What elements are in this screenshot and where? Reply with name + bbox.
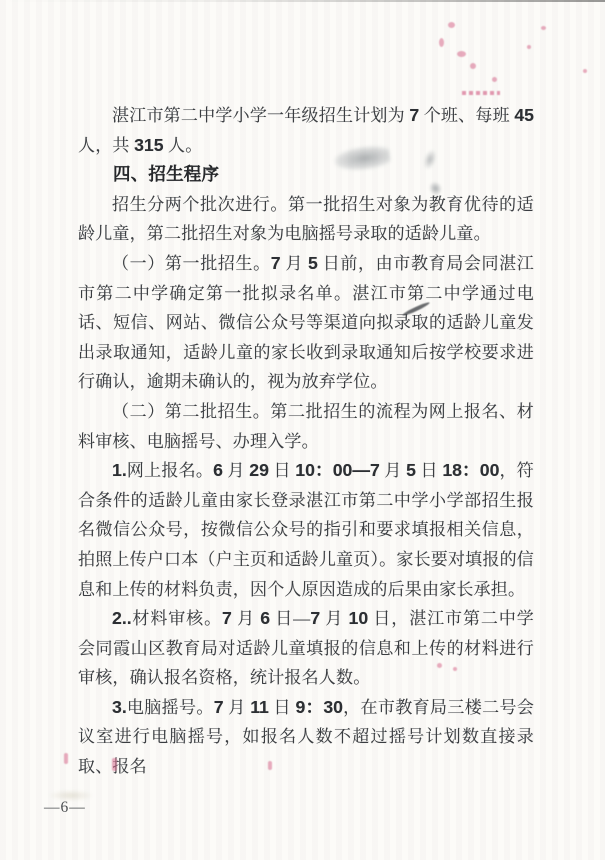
numeric-text: 7 (409, 105, 419, 125)
numeric-text: 10 (348, 608, 368, 628)
cjk-text: 电脑摇号。 (127, 698, 214, 717)
paragraph: （二）第二批招生。第二批招生的流程为网上报名、材料审核、电脑摇号、办理入学。 (78, 397, 534, 456)
stamp-speckle (470, 63, 476, 69)
cjk-text: 月 (223, 461, 249, 480)
stamp-speckle (448, 22, 455, 28)
cjk-text: 湛江市第二中学小学一年级招生计划为 (112, 106, 409, 125)
numeric-text: 7 (222, 608, 232, 628)
numeric-text: 5 (406, 460, 416, 480)
numeric-text: 5 (308, 253, 318, 273)
stamp-speckle (492, 77, 497, 82)
cjk-text: 招生分两个批次进行。第一批招生对象为教育优待的适龄儿童，第二批招生对象为电脑摇号… (78, 195, 534, 244)
scan-top-edge-shadow (0, 0, 605, 2)
paragraph: 2..材料审核。7 月 6 日—7 月 10 日，湛江市第二中学会同霞山区教育局… (78, 604, 534, 693)
cjk-text: 网上报名。 (127, 461, 213, 480)
cjk-text: 月 (232, 609, 260, 628)
cjk-text: 日前，由市教育局会同湛江市第二中学确定第一批拟录名单。湛江市第二中学通过电话、短… (78, 254, 534, 391)
cjk-text: 四、招生程序 (113, 164, 219, 184)
section-heading: 四、招生程序 (78, 160, 534, 190)
stamp-dashed-mark (462, 91, 500, 95)
cjk-text: 月 (224, 698, 251, 717)
numeric-text: 7 (310, 608, 320, 628)
stamp-speckle (527, 45, 531, 49)
stamp-speckle (64, 753, 68, 764)
paragraph: 招生分两个批次进行。第一批招生对象为教育优待的适龄儿童，第二批招生对象为电脑摇号… (78, 190, 534, 249)
cjk-text: （二）第二批招生。第二批招生的流程为网上报名、材料审核、电脑摇号、办理入学。 (78, 402, 534, 451)
cjk-text: 日 (269, 461, 295, 480)
numeric-text: 18：00 (442, 460, 499, 480)
numeric-text: 6 (213, 460, 223, 480)
cjk-text: 日 (269, 698, 296, 717)
paragraph: 1.网上报名。6 月 29 日 10：00—7 月 5 日 18：00，符合条件… (78, 456, 534, 604)
page-number: —6— (44, 799, 86, 817)
stamp-speckle (457, 51, 466, 57)
numeric-text: 315 (134, 135, 164, 155)
cjk-text: 人。 (164, 136, 203, 155)
numeric-text: 11 (250, 697, 269, 717)
numeric-text: 1. (112, 460, 127, 480)
cjk-text: 个班、每班 (419, 106, 514, 125)
numeric-text: 9：30 (296, 697, 344, 717)
cjk-text: 日— (270, 609, 310, 628)
paragraph: （一）第一批招生。7 月 5 日前，由市教育局会同湛江市第二中学确定第一批拟录名… (78, 249, 534, 397)
numeric-text: 7 (271, 253, 281, 273)
cjk-text: 材料审核。 (132, 609, 222, 628)
cjk-text: 月 (380, 461, 406, 480)
paragraph: 3.电脑摇号。7 月 11 日 9：30，在市教育局三楼二号会议室进行电脑摇号，… (78, 693, 534, 782)
cjk-text: 月 (281, 254, 308, 273)
paragraph: 湛江市第二中学小学一年级招生计划为 7 个班、每班 45 人，共 315 人。 (78, 101, 534, 160)
cjk-text: 月 (320, 609, 348, 628)
stamp-speckle (541, 26, 546, 30)
stamp-speckle (583, 69, 587, 73)
cjk-text: 日 (416, 461, 442, 480)
document-body: 湛江市第二中学小学一年级招生计划为 7 个班、每班 45 人，共 315 人。四… (78, 101, 534, 782)
numeric-text: 6 (260, 608, 270, 628)
numeric-text: 45 (514, 105, 534, 125)
stamp-speckle (439, 38, 444, 47)
numeric-text: 29 (249, 460, 269, 480)
numeric-text: 10：00—7 (295, 460, 380, 480)
numeric-text: 3. (112, 697, 127, 717)
numeric-text: 7 (214, 697, 224, 717)
numeric-text: 2.. (112, 608, 132, 628)
cjk-text: 人，共 (78, 136, 134, 155)
cjk-text: ，符合条件的适龄儿童由家长登录湛江市第二中学小学部招生报名微信公众号，按微信公众… (78, 461, 534, 598)
cjk-text: （一）第一批招生。 (112, 254, 271, 273)
